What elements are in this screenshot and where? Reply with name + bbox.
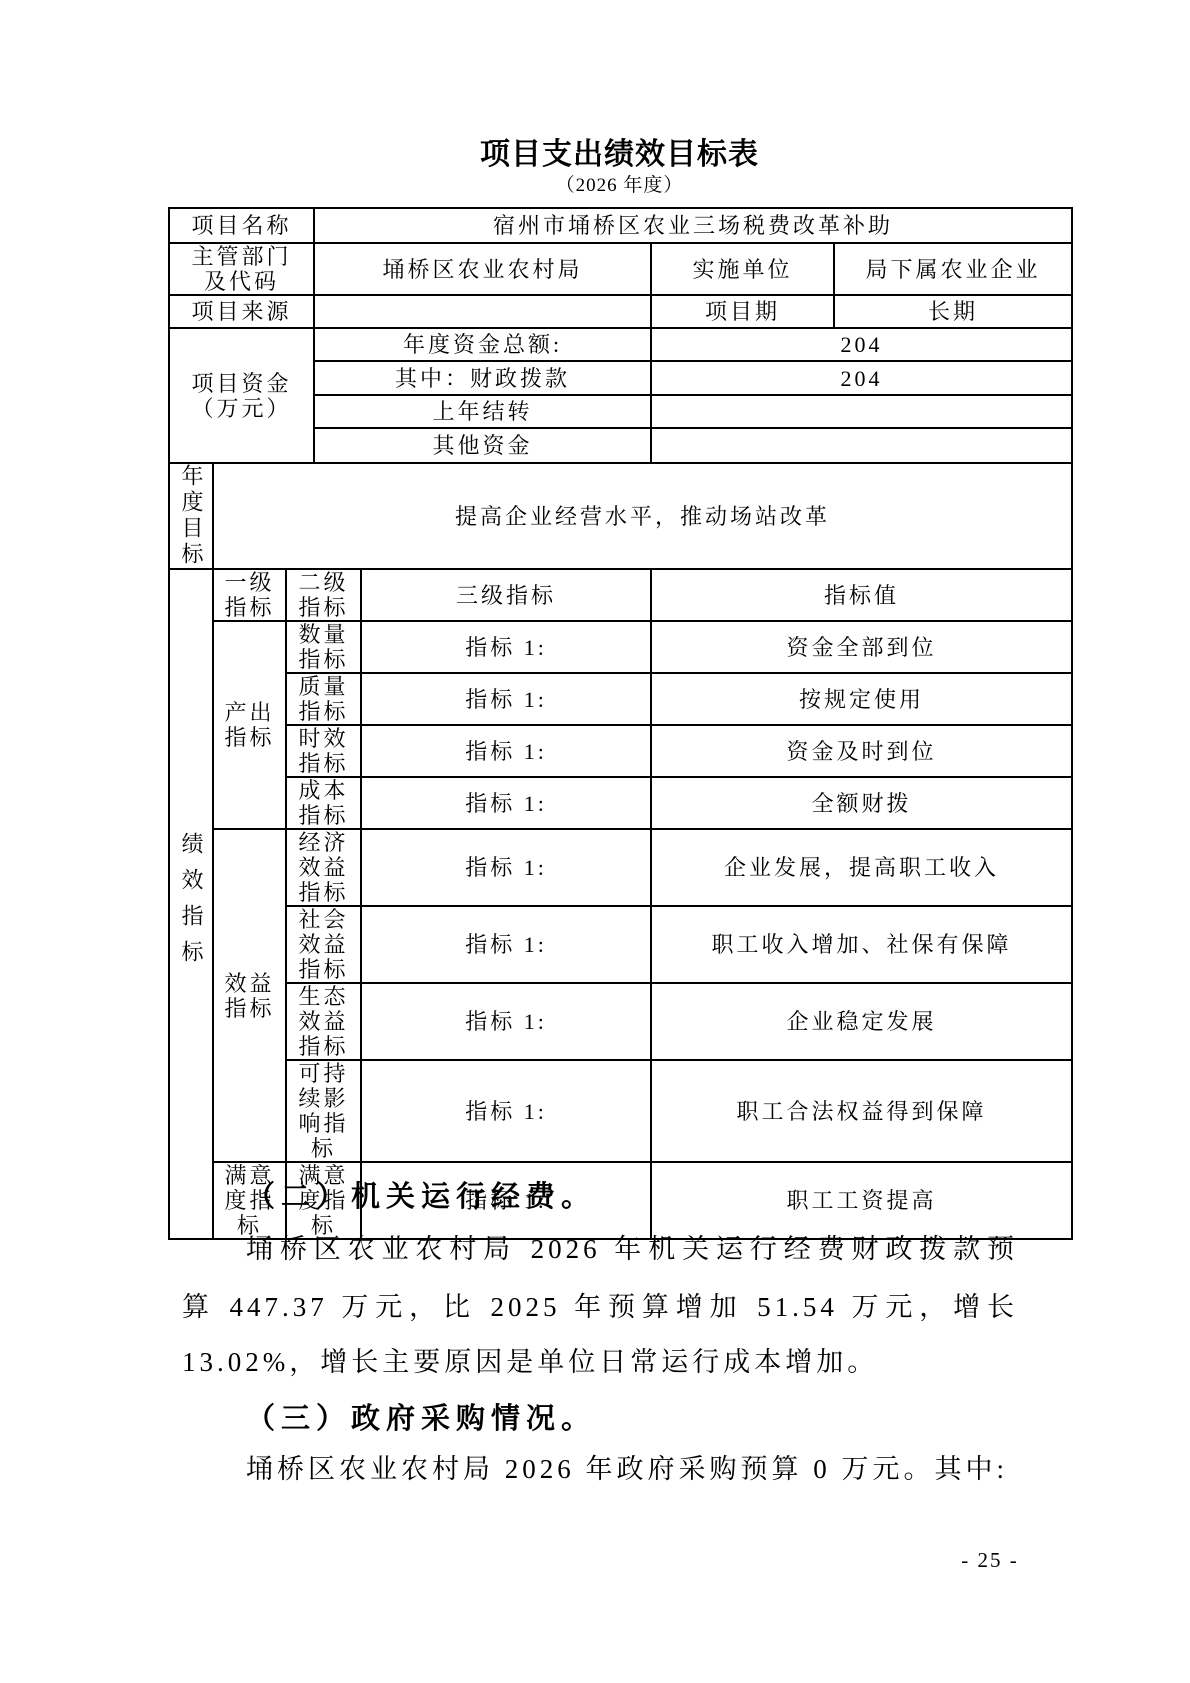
perf-indicator-label: 绩效指标 <box>169 569 213 1239</box>
table-row: 生态 效益 指标 指标 1: 企业稳定发展 <box>169 983 1072 1060</box>
indicator-l3: 指标 1: <box>361 673 651 725</box>
table-row: 效益 指标 经济 效益 指标 指标 1: 企业发展，提高职工收入 <box>169 829 1072 906</box>
indicator-l3: 指标 1: <box>361 621 651 673</box>
document-page: 项目支出绩效目标表 （2026 年度） 项目名称 宿州市埇桥区农业三场税费改革补… <box>0 0 1190 1683</box>
document-subtitle: （2026 年度） <box>168 175 1071 197</box>
impl-unit-label: 实施单位 <box>651 243 834 295</box>
paragraph-line: 算 447.37 万元，比 2025 年预算增加 51.54 万元，增长 <box>182 1291 1018 1323</box>
table-row: 社会 效益 指标 指标 1: 职工收入增加、社保有保障 <box>169 906 1072 983</box>
indicator-value: 全额财拨 <box>651 777 1072 829</box>
indicator-l3: 指标 1: <box>361 725 651 777</box>
paragraph-line: 埇桥区农业农村局 2026 年政府采购预算 0 万元。其中: <box>182 1453 1018 1485</box>
indicator-value: 职工合法权益得到保障 <box>651 1060 1072 1162</box>
section-heading-2: （二）机关运行经费。 <box>182 1174 1018 1215</box>
indicator-value: 企业稳定发展 <box>651 983 1072 1060</box>
indicator-l2: 成本 指标 <box>286 777 361 829</box>
table-row: 项目名称 宿州市埇桥区农业三场税费改革补助 <box>169 208 1072 243</box>
project-name-value: 宿州市埇桥区农业三场税费改革补助 <box>314 208 1072 243</box>
indicator-l3: 指标 1: <box>361 1060 651 1162</box>
performance-target-table: 项目名称 宿州市埇桥区农业三场税费改革补助 主管部门 及代码 埇桥区农业农村局 … <box>168 207 1073 1240</box>
table-row: 成本 指标 指标 1: 全额财拨 <box>169 777 1072 829</box>
group-output-label: 产出 指标 <box>213 621 286 829</box>
table-row: 项目资金 （万元） 年度资金总额: 204 <box>169 328 1072 361</box>
table-row: 年度目标 提高企业经营水平，推动场站改革 <box>169 463 1072 569</box>
table-row: 质量 指标 指标 1: 按规定使用 <box>169 673 1072 725</box>
header-level2: 二级 指标 <box>286 569 361 621</box>
table-row: 时效 指标 指标 1: 资金及时到位 <box>169 725 1072 777</box>
annual-goal-value: 提高企业经营水平，推动场站改革 <box>213 463 1072 569</box>
indicator-value: 企业发展，提高职工收入 <box>651 829 1072 906</box>
section-heading-3: （三）政府采购情况。 <box>182 1396 1018 1437</box>
document-title: 项目支出绩效目标表 <box>168 138 1071 172</box>
indicator-l3: 指标 1: <box>361 777 651 829</box>
indicator-l2: 时效 指标 <box>286 725 361 777</box>
funds-total-label: 年度资金总额: <box>314 328 651 361</box>
paragraph-line: 13.02%，增长主要原因是单位日常运行成本增加。 <box>182 1346 1018 1378</box>
funds-fiscal-label: 其中：财政拨款 <box>314 361 651 395</box>
funds-carryover-value <box>651 395 1072 428</box>
source-value <box>314 295 651 328</box>
indicator-l2: 可持 续影 响指 标 <box>286 1060 361 1162</box>
table-row: 产出 指标 数量 指标 指标 1: 资金全部到位 <box>169 621 1072 673</box>
indicator-value: 资金及时到位 <box>651 725 1072 777</box>
indicator-value: 职工收入增加、社保有保障 <box>651 906 1072 983</box>
table-row: 项目来源 项目期 长期 <box>169 295 1072 328</box>
indicator-value: 按规定使用 <box>651 673 1072 725</box>
indicator-l3: 指标 1: <box>361 829 651 906</box>
funds-fiscal-value: 204 <box>651 361 1072 395</box>
funds-carryover-label: 上年结转 <box>314 395 651 428</box>
source-label: 项目来源 <box>169 295 314 328</box>
indicator-l2: 经济 效益 指标 <box>286 829 361 906</box>
indicator-l3: 指标 1: <box>361 983 651 1060</box>
indicator-l2: 生态 效益 指标 <box>286 983 361 1060</box>
indicator-value: 资金全部到位 <box>651 621 1072 673</box>
dept-value: 埇桥区农业农村局 <box>314 243 651 295</box>
table-row: 主管部门 及代码 埇桥区农业农村局 实施单位 局下属农业企业 <box>169 243 1072 295</box>
header-level3: 三级指标 <box>361 569 651 621</box>
funds-label: 项目资金 （万元） <box>169 328 314 463</box>
funds-other-label: 其他资金 <box>314 428 651 463</box>
paragraph-line: 埇桥区农业农村局 2026 年机关运行经费财政拨款预 <box>182 1233 1018 1265</box>
funds-other-value <box>651 428 1072 463</box>
table-row: 可持 续影 响指 标 指标 1: 职工合法权益得到保障 <box>169 1060 1072 1162</box>
annual-goal-label: 年度目标 <box>169 463 213 569</box>
header-level1: 一级 指标 <box>213 569 286 621</box>
indicator-l2: 数量 指标 <box>286 621 361 673</box>
group-benefit-label: 效益 指标 <box>213 829 286 1162</box>
header-value: 指标值 <box>651 569 1072 621</box>
funds-total-value: 204 <box>651 328 1072 361</box>
impl-unit-value: 局下属农业企业 <box>834 243 1072 295</box>
indicator-l2: 社会 效益 指标 <box>286 906 361 983</box>
indicator-l2: 质量 指标 <box>286 673 361 725</box>
table-row: 绩效指标 一级 指标 二级 指标 三级指标 指标值 <box>169 569 1072 621</box>
indicator-l3: 指标 1: <box>361 906 651 983</box>
project-name-label: 项目名称 <box>169 208 314 243</box>
period-value: 长期 <box>834 295 1072 328</box>
page-number: - 25 - <box>930 1548 1050 1573</box>
period-label: 项目期 <box>651 295 834 328</box>
dept-label: 主管部门 及代码 <box>169 243 314 295</box>
